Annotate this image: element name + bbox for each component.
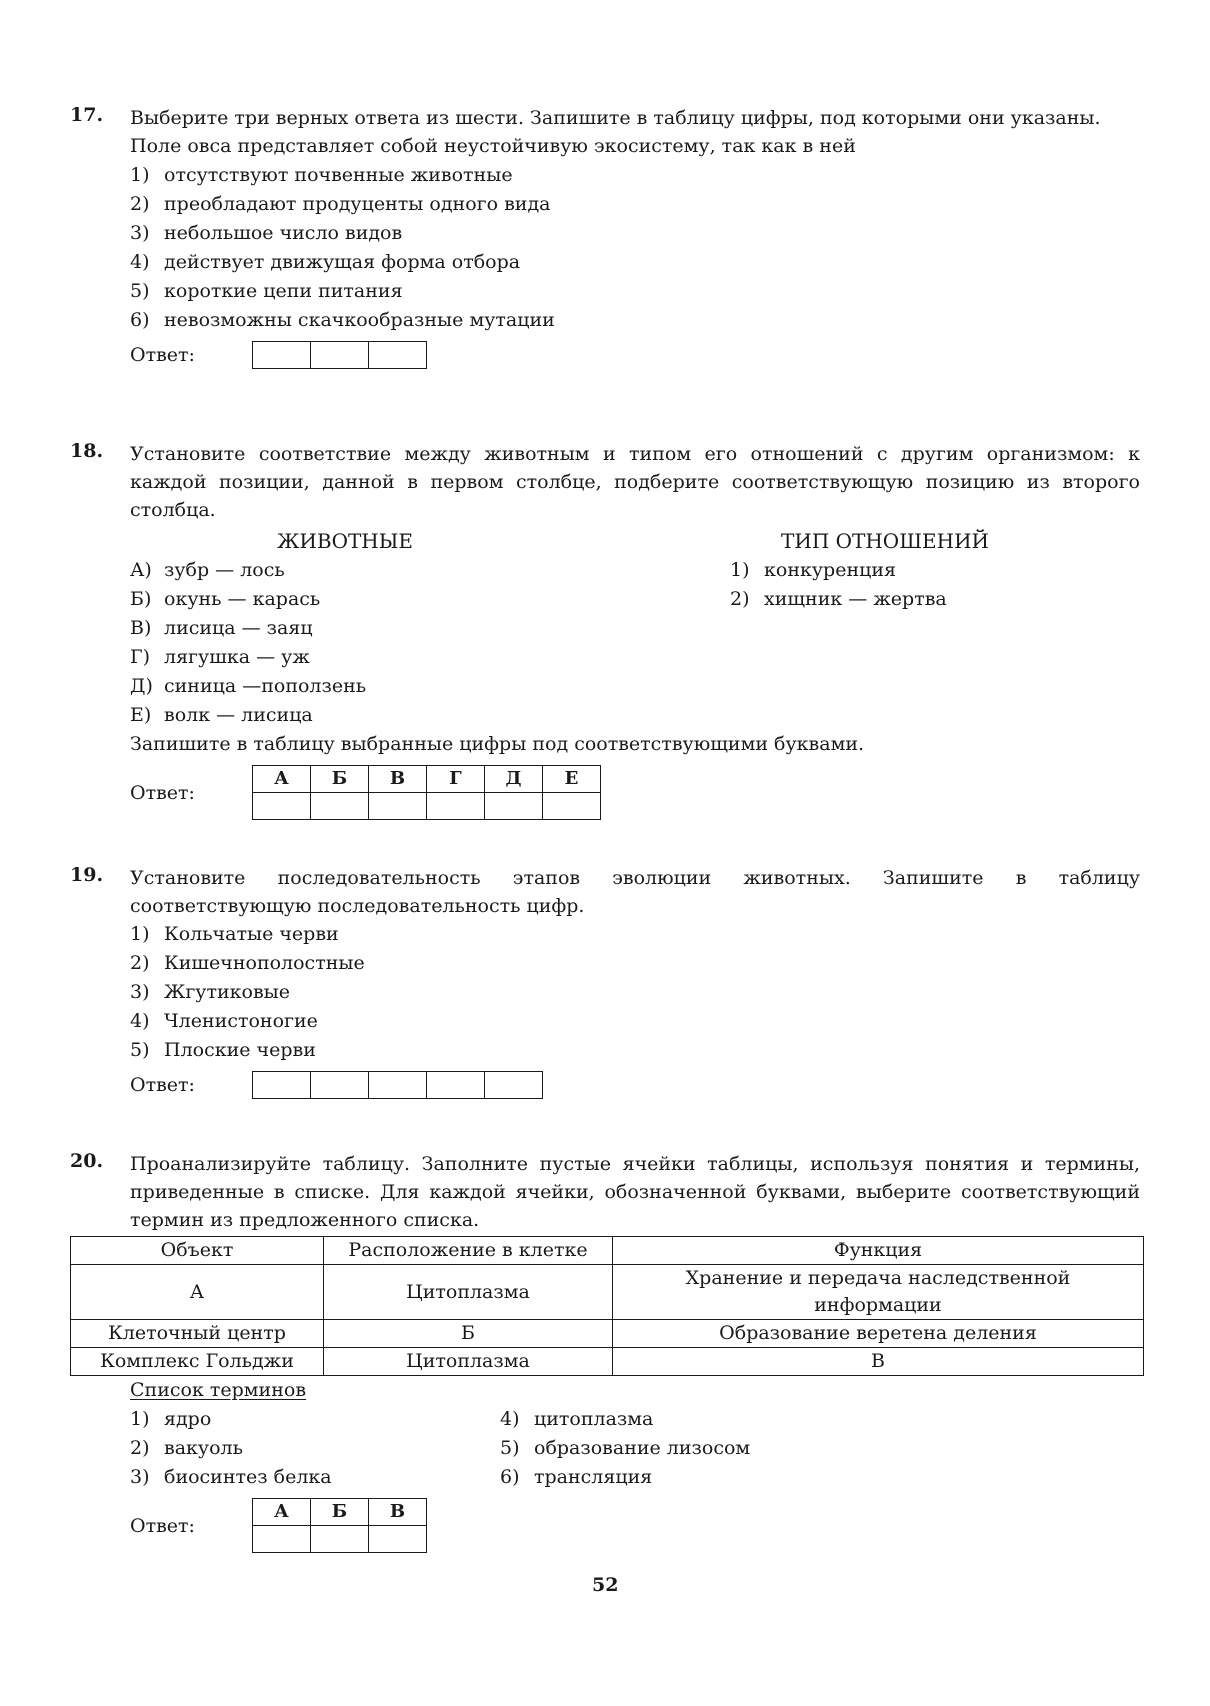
table-row: Клеточный центр Б Образование веретена д… xyxy=(71,1320,1144,1348)
option-2: 2)Кишечнополостные xyxy=(130,949,1140,978)
task-number: 17. xyxy=(70,104,103,126)
answer-table: А Б В xyxy=(252,1498,427,1553)
answer-cell[interactable] xyxy=(427,1072,485,1099)
page-number: 52 xyxy=(592,1574,618,1596)
relation-item: 1)конкуренция xyxy=(730,556,1140,585)
workbook-page: 17. Выберите три верных ответа из шести.… xyxy=(0,0,1210,1706)
answer-row: Ответ: xyxy=(130,1071,1140,1099)
table-cell: Образование веретена деления xyxy=(613,1320,1144,1348)
animal-item: А)зубр — лось xyxy=(130,556,730,585)
option-2: 2)преобладают продуценты одного вида xyxy=(130,190,1140,219)
animal-item: Г)лягушка — уж xyxy=(130,643,730,672)
table-header-row: Объект Расположение в клетке Функция xyxy=(71,1237,1144,1265)
answer-cell[interactable] xyxy=(253,342,311,369)
table-cell: Цитоплазма xyxy=(324,1348,613,1376)
table-cell: Комплекс Гольджи xyxy=(71,1348,324,1376)
answer-cell[interactable] xyxy=(369,1072,427,1099)
terms-column-right: 4)цитоплазма 5)образование лизосом 6)тра… xyxy=(500,1405,870,1492)
option-5: 5)короткие цепи питания xyxy=(130,277,1140,306)
cell-structures-table: Объект Расположение в клетке Функция А Ц… xyxy=(70,1236,1144,1376)
column-header: ТИП ОТНОШЕНИЙ xyxy=(720,526,1050,556)
task-number: 19. xyxy=(70,864,103,886)
answer-row: Ответ: А Б В Г Д Е xyxy=(130,765,1140,820)
answer-cell[interactable] xyxy=(311,1526,369,1553)
answer-cell[interactable] xyxy=(427,793,485,820)
answer-label: Ответ: xyxy=(130,344,252,366)
relation-item: 2)хищник — жертва xyxy=(730,585,1140,614)
animal-item: В)лисица — заяц xyxy=(130,614,730,643)
option-4: 4)Членистоногие xyxy=(130,1007,1140,1036)
answer-cell[interactable] xyxy=(369,793,427,820)
answer-header: В xyxy=(369,766,427,793)
option-3: 3)небольшое число видов xyxy=(130,219,1140,248)
answer-label: Ответ: xyxy=(130,1074,252,1096)
column-header: Расположение в клетке xyxy=(324,1237,613,1265)
option-1: 1)отсутствуют почвенные животные xyxy=(130,161,1140,190)
table-cell: А xyxy=(71,1265,324,1320)
task-17: 17. Выберите три верных ответа из шести.… xyxy=(70,104,1140,369)
table-cell: Б xyxy=(324,1320,613,1348)
answer-header: В xyxy=(369,1499,427,1526)
task-instruction: Проанализируйте таблицу. Заполните пусты… xyxy=(130,1150,1140,1234)
answer-label: Ответ: xyxy=(130,1515,252,1537)
option-1: 1)Кольчатые черви xyxy=(130,920,1140,949)
option-4: 4)действует движущая форма отбора xyxy=(130,248,1140,277)
answer-cell[interactable] xyxy=(311,793,369,820)
animal-item: Б)окунь — карась xyxy=(130,585,730,614)
answer-cell[interactable] xyxy=(253,1072,311,1099)
answer-header: А xyxy=(253,1499,311,1526)
matching-columns: ЖИВОТНЫЕ А)зубр — лось Б)окунь — карась … xyxy=(130,526,1140,730)
option-3: 3)Жгутиковые xyxy=(130,978,1140,1007)
answer-row: Ответ: А Б В xyxy=(130,1498,1140,1553)
answer-header: Д xyxy=(485,766,543,793)
term-item: 5)образование лизосом xyxy=(500,1434,870,1463)
answer-label: Ответ: xyxy=(130,782,252,804)
answer-header: Г xyxy=(427,766,485,793)
answer-row: Ответ: xyxy=(130,341,1140,369)
task-instruction: Установите последовательность этапов эво… xyxy=(130,864,1140,920)
animal-item: Д)синица —поползень xyxy=(130,672,730,701)
task-instruction: Выберите три верных ответа из шести. Зап… xyxy=(130,104,1140,132)
table-cell: Клеточный центр xyxy=(71,1320,324,1348)
term-item: 1)ядро xyxy=(130,1405,500,1434)
answer-header: А xyxy=(253,766,311,793)
term-item: 4)цитоплазма xyxy=(500,1405,870,1434)
terms-title: Список терминов xyxy=(130,1376,1140,1405)
column-header: ЖИВОТНЫЕ xyxy=(130,526,560,556)
answer-cell[interactable] xyxy=(369,1526,427,1553)
answer-cell[interactable] xyxy=(253,793,311,820)
write-instruction: Запишите в таблицу выбранные цифры под с… xyxy=(130,730,1140,759)
terms-list: 1)ядро 2)вакуоль 3)биосинтез белка 4)цит… xyxy=(130,1405,1140,1492)
task-question: Поле овса представляет собой неустойчиву… xyxy=(130,132,1140,161)
answer-cell[interactable] xyxy=(369,342,427,369)
answer-cell[interactable] xyxy=(311,342,369,369)
answer-header: Б xyxy=(311,1499,369,1526)
task-18: 18. Установите соответствие между животн… xyxy=(70,440,1140,820)
answer-cell[interactable] xyxy=(543,793,601,820)
animals-column: ЖИВОТНЫЕ А)зубр — лось Б)окунь — карась … xyxy=(130,526,730,730)
answer-cell[interactable] xyxy=(485,793,543,820)
task-20: 20. Проанализируйте таблицу. Заполните п… xyxy=(70,1150,1140,1553)
answer-cell[interactable] xyxy=(253,1526,311,1553)
table-cell: В xyxy=(613,1348,1144,1376)
table-cell: Хранение и передача наследственной инфор… xyxy=(613,1265,1144,1320)
animal-item: Е)волк — лисица xyxy=(130,701,730,730)
relation-type-column: ТИП ОТНОШЕНИЙ 1)конкуренция 2)хищник — ж… xyxy=(730,526,1140,730)
answer-cell[interactable] xyxy=(311,1072,369,1099)
column-header: Объект xyxy=(71,1237,324,1265)
answer-header: Е xyxy=(543,766,601,793)
answer-header: Б xyxy=(311,766,369,793)
table-row: А Цитоплазма Хранение и передача наследс… xyxy=(71,1265,1144,1320)
term-item: 3)биосинтез белка xyxy=(130,1463,500,1492)
option-6: 6)невозможны скачкообразные мутации xyxy=(130,306,1140,335)
answer-table xyxy=(252,341,427,369)
answer-table: А Б В Г Д Е xyxy=(252,765,601,820)
answer-cell[interactable] xyxy=(485,1072,543,1099)
answer-table xyxy=(252,1071,543,1099)
task-number: 20. xyxy=(70,1150,103,1172)
task-instruction: Установите соответствие между животным и… xyxy=(130,440,1140,524)
term-item: 2)вакуоль xyxy=(130,1434,500,1463)
table-row: Комплекс Гольджи Цитоплазма В xyxy=(71,1348,1144,1376)
option-5: 5)Плоские черви xyxy=(130,1036,1140,1065)
column-header: Функция xyxy=(613,1237,1144,1265)
term-item: 6)трансляция xyxy=(500,1463,870,1492)
task-number: 18. xyxy=(70,440,103,462)
terms-column-left: 1)ядро 2)вакуоль 3)биосинтез белка xyxy=(130,1405,500,1492)
task-19: 19. Установите последовательность этапов… xyxy=(70,864,1140,1099)
table-cell: Цитоплазма xyxy=(324,1265,613,1320)
